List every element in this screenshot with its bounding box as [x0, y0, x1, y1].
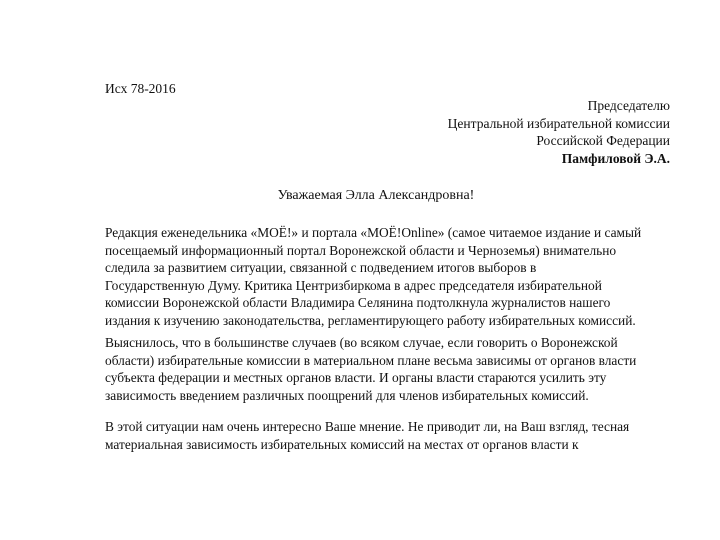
- paragraph-1: Редакция еженедельника «МОЁ!» и портала …: [105, 224, 675, 330]
- paragraph-line: посещаемый информационный портал Воронеж…: [105, 242, 675, 260]
- addressee-line: Председателю: [448, 97, 670, 115]
- paragraph-line: Выяснилось, что в большинстве случаев (в…: [105, 334, 675, 352]
- document-page: Исх 78-2016 Председателю Центральной изб…: [0, 0, 720, 540]
- addressee-name: Памфиловой Э.А.: [448, 150, 670, 168]
- addressee-block: Председателю Центральной избирательной к…: [448, 97, 670, 167]
- paragraph-line: издания к изучению законодательства, рег…: [105, 312, 675, 330]
- addressee-line: Центральной избирательной комиссии: [448, 115, 670, 133]
- paragraph-line: области) избирательные комиссии в матери…: [105, 352, 675, 370]
- paragraph-3: В этой ситуации нам очень интересно Ваше…: [105, 418, 675, 453]
- paragraph-line: субъекта федерации и местных органов вла…: [105, 369, 675, 387]
- outgoing-reference-number: Исх 78-2016: [105, 81, 176, 97]
- paragraph-line: материальная зависимость избирательных к…: [105, 436, 675, 454]
- greeting-text: Уважаемая Элла Александровна!: [278, 188, 475, 203]
- paragraph-line: следила за развитием ситуации, связанной…: [105, 259, 675, 277]
- greeting: Уважаемая Элла Александровна!: [0, 188, 720, 204]
- paragraph-2: Выяснилось, что в большинстве случаев (в…: [105, 334, 675, 404]
- paragraph-line: зависимость введением различных поощрени…: [105, 387, 675, 405]
- paragraph-line: В этой ситуации нам очень интересно Ваше…: [105, 418, 675, 436]
- addressee-line: Российской Федерации: [448, 132, 670, 150]
- paragraph-line: комиссии Воронежской области Владимира С…: [105, 294, 675, 312]
- paragraph-line: Редакция еженедельника «МОЁ!» и портала …: [105, 224, 675, 242]
- paragraph-line: Государственную Думу. Критика Центризбир…: [105, 277, 675, 295]
